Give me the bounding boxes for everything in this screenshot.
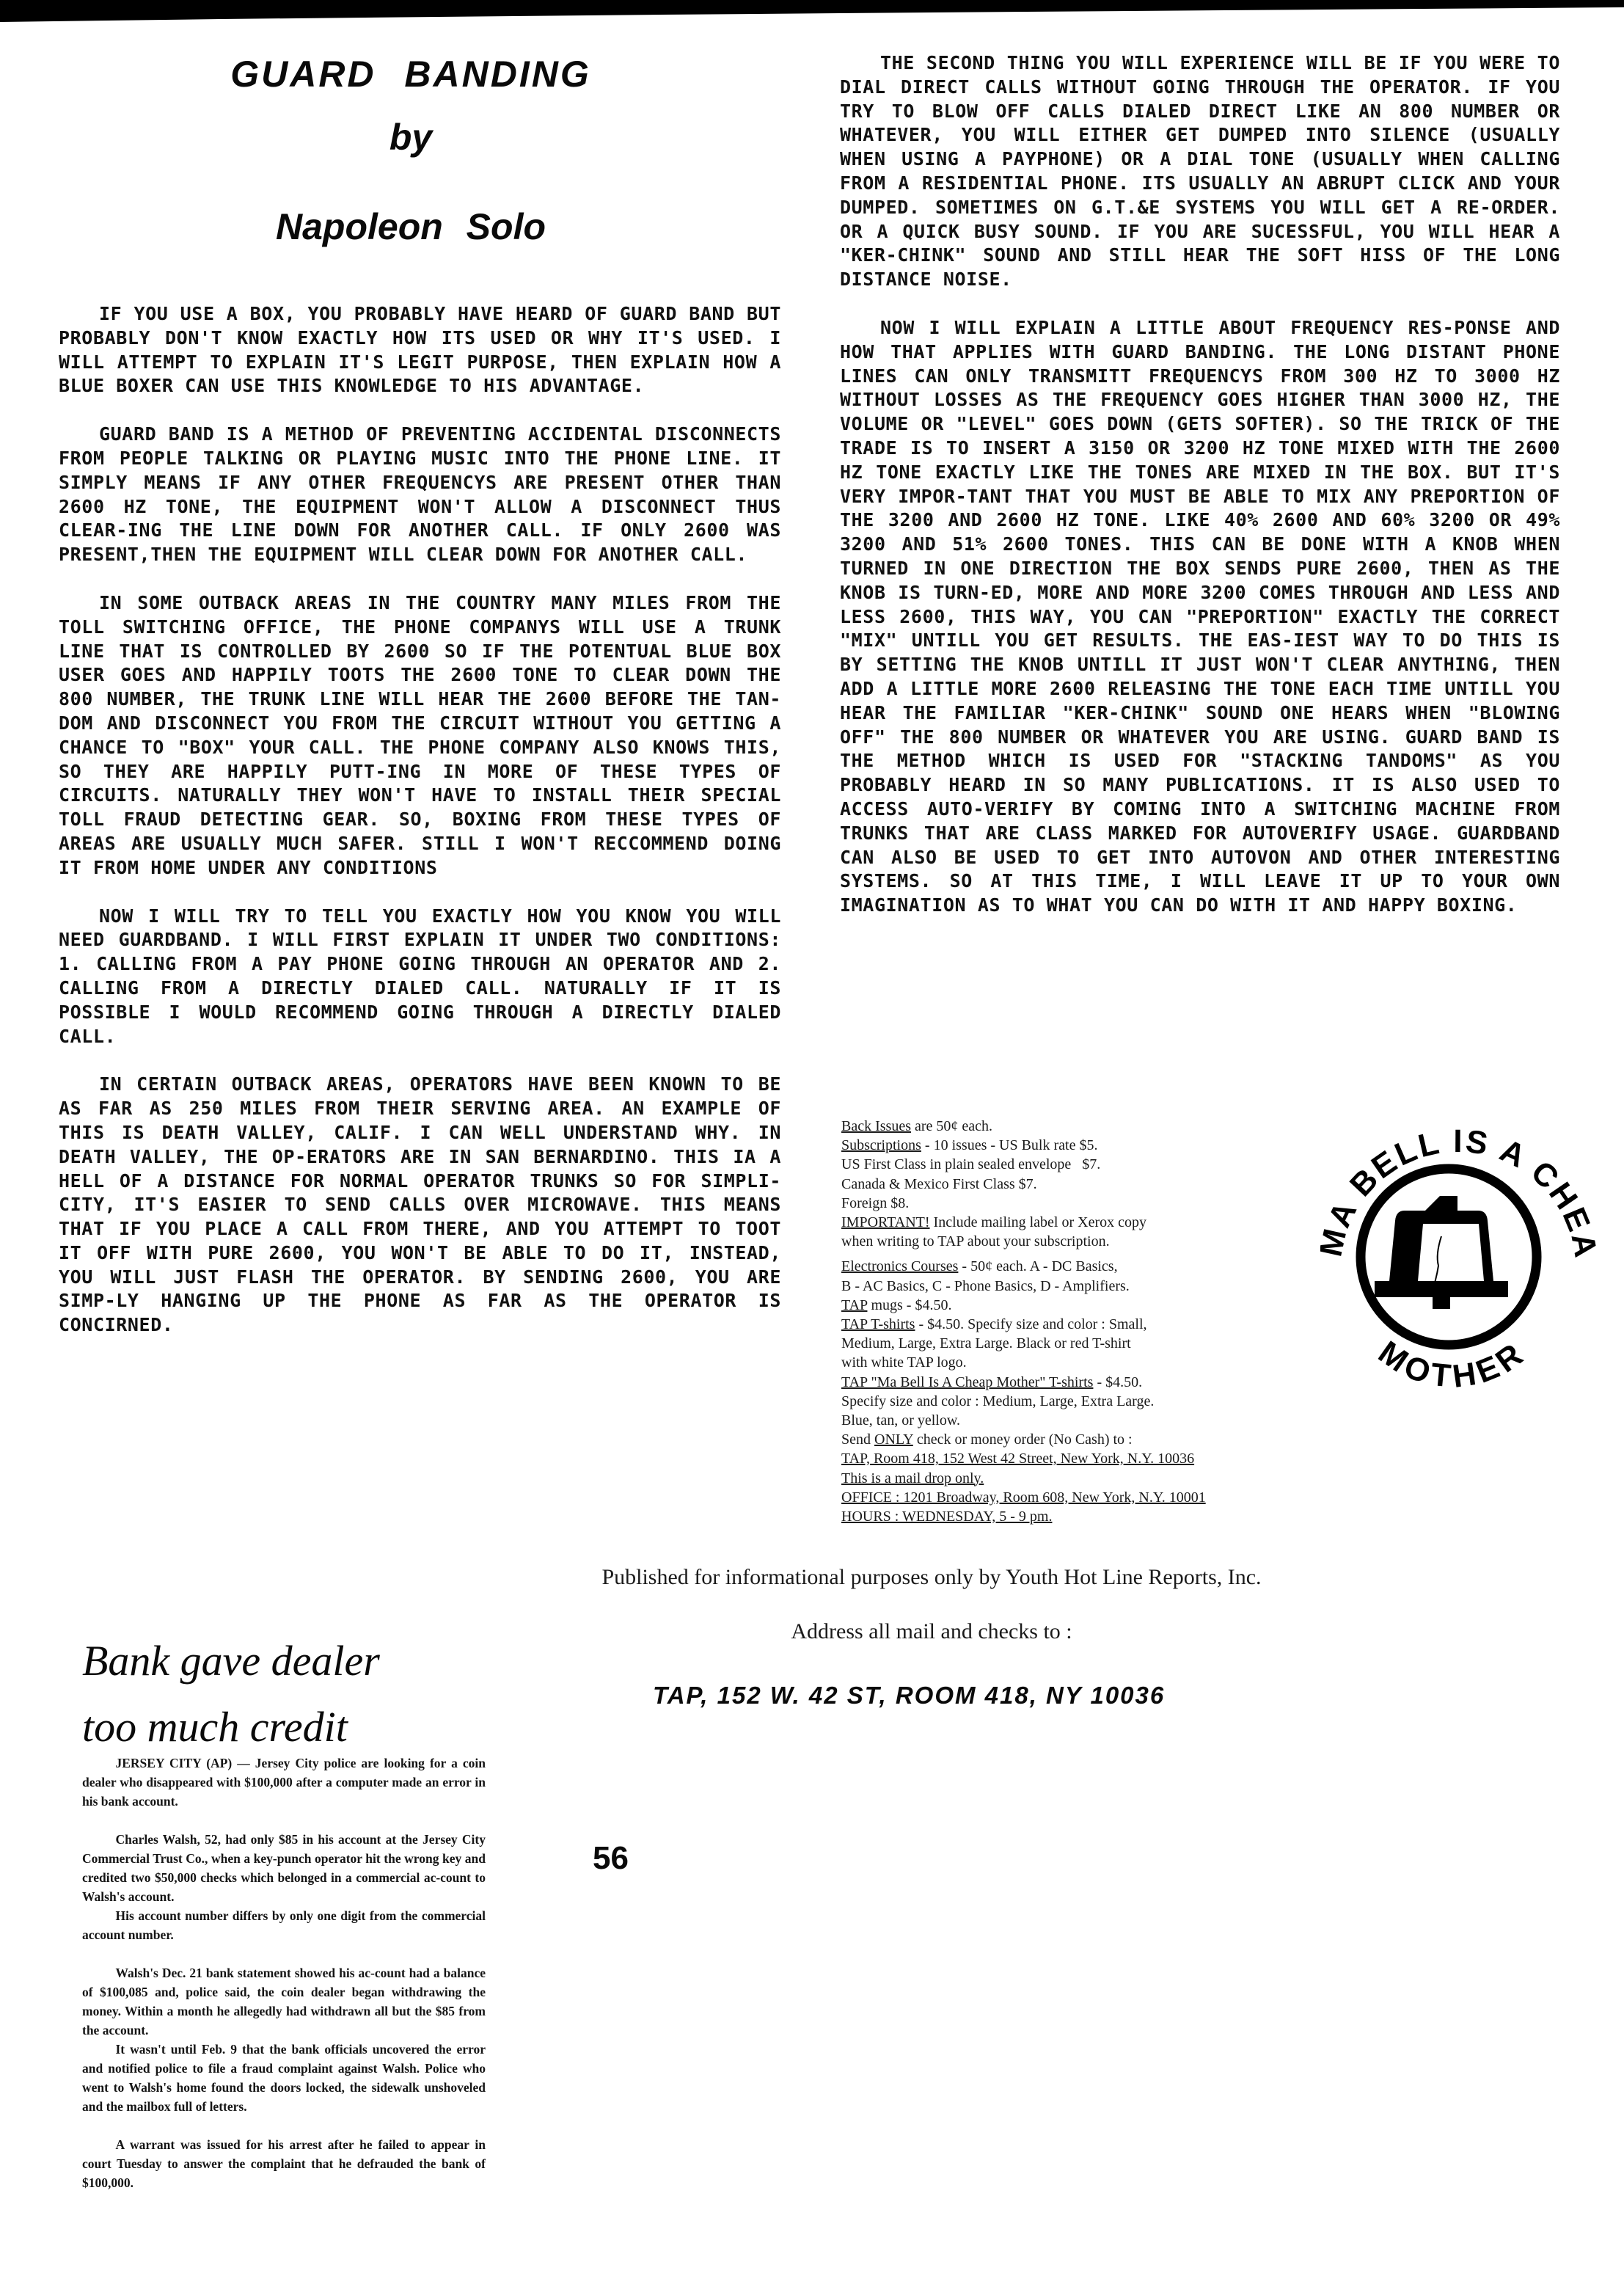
subscriptions-label: Subscriptions [841, 1137, 921, 1153]
hours-line: HOURS : WEDNESDAY, 5 - 9 pm. [841, 1507, 1369, 1526]
us-first-class-line: US First Class in plain sealed envelope … [841, 1155, 1369, 1174]
paragraph: GUARD BAND IS A METHOD OF PREVENTING ACC… [59, 423, 781, 567]
clipping-paragraph: JERSEY CITY (AP) — Jersey City police ar… [82, 1754, 486, 1811]
tshirts-text: - $4.50. Specify size and color : Small, [915, 1316, 1146, 1332]
courses-line: Electronics Courses - 50¢ each. A - DC B… [841, 1257, 1369, 1276]
tshirts-line-2: Medium, Large, Extra Large. Black or red… [841, 1334, 1369, 1353]
important-line: IMPORTANT! Include mailing label or Xero… [841, 1213, 1369, 1232]
office-line: OFFICE : 1201 Broadway, Room 608, New Yo… [841, 1488, 1369, 1507]
news-clipping: Bank gave dealer too much credit JERSEY … [82, 1635, 486, 2211]
clipping-paragraph: Walsh's Dec. 21 bank statement showed hi… [82, 1963, 486, 2040]
clipping-body: JERSEY CITY (AP) — Jersey City police ar… [82, 1754, 486, 2192]
article-title: GUARD BANDING [95, 53, 726, 95]
mailing-address: TAP, 152 W. 42 ST, ROOM 418, NY 10036 [653, 1682, 1165, 1710]
scan-edge-band [0, 0, 1624, 22]
paragraph: NOW I WILL EXPLAIN A LITTLE ABOUT FREQUE… [840, 316, 1560, 918]
paragraph: NOW I WILL TRY TO TELL YOU EXACTLY HOW Y… [59, 905, 781, 1049]
ma-bell-logo: MA BELL IS A CHEAP MOTHER [1320, 1101, 1614, 1409]
clipping-paragraph: It wasn't until Feb. 9 that the bank off… [82, 2040, 486, 2116]
mabell-line: TAP "Ma Bell Is A Cheap Mother" T-shirts… [841, 1373, 1369, 1392]
clipping-headline-line1: Bank gave dealer [82, 1635, 486, 1688]
tshirts-label: TAP T-shirts [841, 1316, 915, 1332]
important-text: Include mailing label or Xerox copy [930, 1214, 1146, 1230]
article-byline: by [95, 116, 726, 158]
clipping-headline-line2: too much credit [82, 1701, 486, 1754]
send-pre: Send [841, 1431, 874, 1448]
paragraph: IF YOU USE A BOX, YOU PROBABLY HAVE HEAR… [59, 302, 781, 398]
paragraph: IN SOME OUTBACK AREAS IN THE COUNTRY MAN… [59, 591, 781, 880]
mabell-line-3: Blue, tan, or yellow. [841, 1411, 1369, 1430]
back-issues-text: are 50¢ each. [911, 1118, 992, 1134]
article-author: Napoleon Solo [95, 205, 726, 248]
mabell-text: - $4.50. [1093, 1374, 1142, 1390]
subscriptions-text: - 10 issues - US Bulk rate $5. [921, 1137, 1098, 1153]
subscription-info: Back Issues are 50¢ each. Subscriptions … [841, 1117, 1369, 1526]
send-post: check or money order (No Cash) to : [913, 1431, 1133, 1448]
mabell-label: TAP "Ma Bell Is A Cheap Mother" T-shirts [841, 1374, 1093, 1390]
tshirts-line-3: with white TAP logo. [841, 1353, 1369, 1372]
clipping-paragraph: His account number differs by only one d… [82, 1906, 486, 1944]
courses-text: - 50¢ each. A - DC Basics, [958, 1258, 1117, 1274]
mabell-line-2: Specify size and color : Medium, Large, … [841, 1392, 1369, 1411]
address-label: Address all mail and checks to : [425, 1619, 1438, 1644]
paragraph: THE SECOND THING YOU WILL EXPERIENCE WIL… [840, 51, 1560, 292]
bell-icon: MA BELL IS A CHEAP MOTHER [1320, 1101, 1614, 1409]
published-notice: Published for informational purposes onl… [425, 1565, 1438, 1590]
page-number: 56 [593, 1840, 629, 1877]
canada-mexico-line: Canada & Mexico First Class $7. [841, 1175, 1369, 1194]
article-left-column: IF YOU USE A BOX, YOU PROBABLY HAVE HEAR… [59, 302, 781, 1362]
spacer [841, 1251, 1369, 1257]
mugs-text: mugs - $4.50. [867, 1297, 951, 1313]
back-issues-line: Back Issues are 50¢ each. [841, 1117, 1369, 1136]
mugs-label: TAP [841, 1297, 867, 1313]
send-line: Send ONLY check or money order (No Cash)… [841, 1430, 1369, 1449]
tshirts-line: TAP T-shirts - $4.50. Specify size and c… [841, 1315, 1369, 1334]
back-issues-label: Back Issues [841, 1118, 911, 1134]
courses-label: Electronics Courses [841, 1258, 958, 1274]
mugs-line: TAP mugs - $4.50. [841, 1296, 1369, 1315]
important-label: IMPORTANT! [841, 1214, 930, 1230]
send-only: ONLY [874, 1431, 913, 1448]
article-right-column: THE SECOND THING YOU WILL EXPERIENCE WIL… [840, 51, 1560, 942]
courses-line-2: B - AC Basics, C - Phone Basics, D - Amp… [841, 1277, 1369, 1296]
paragraph: IN CERTAIN OUTBACK AREAS, OPERATORS HAVE… [59, 1073, 781, 1338]
mail-drop-line: This is a mail drop only. [841, 1469, 1369, 1488]
foreign-line: Foreign $8. [841, 1194, 1369, 1213]
clipping-paragraph: Charles Walsh, 52, had only $85 in his a… [82, 1830, 486, 1906]
subscriptions-line: Subscriptions - 10 issues - US Bulk rate… [841, 1136, 1369, 1155]
tap-address-line: TAP, Room 418, 152 West 42 Street, New Y… [841, 1449, 1369, 1468]
clipping-paragraph: A warrant was issued for his arrest afte… [82, 2135, 486, 2192]
important-line-2: when writing to TAP about your subscript… [841, 1232, 1369, 1251]
